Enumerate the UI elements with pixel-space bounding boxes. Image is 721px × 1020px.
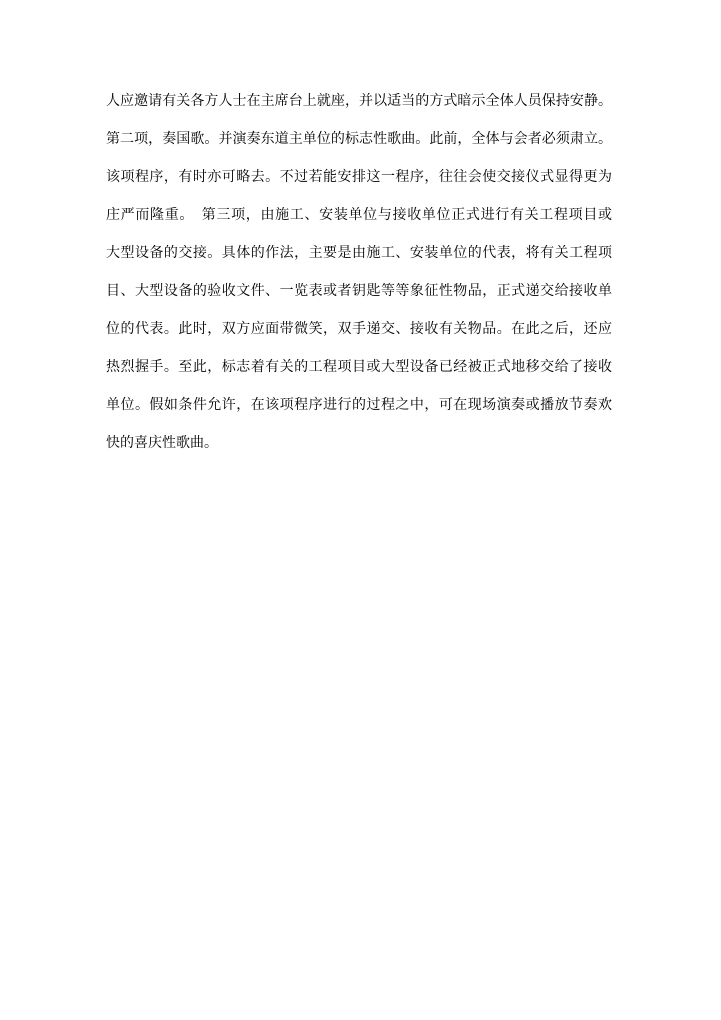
text-line: 快的喜庆性歌曲。 bbox=[106, 425, 612, 463]
text-line: 人应邀请有关各方人士在主席台上就座，并以适当的方式暗示全体人员保持安静。 bbox=[106, 83, 612, 121]
text-line: 热烈握手。至此，标志着有关的工程项目或大型设备已经被正式地移交给了接收 bbox=[106, 349, 612, 387]
text-line: 第二项，奏国歌。并演奏东道主单位的标志性歌曲。此前，全体与会者必须肃立。 bbox=[106, 121, 612, 159]
text-line: 大型设备的交接。具体的作法，主要是由施工、安装单位的代表，将有关工程项 bbox=[106, 235, 612, 273]
text-line: 目、大型设备的验收文件、一览表或者钥匙等等象征性物品，正式递交给接收单 bbox=[106, 273, 612, 311]
body-paragraph: 人应邀请有关各方人士在主席台上就座，并以适当的方式暗示全体人员保持安静。 第二项… bbox=[106, 83, 612, 463]
text-line: 位的代表。此时，双方应面带微笑，双手递交、接收有关物品。在此之后，还应 bbox=[106, 311, 612, 349]
text-line: 该项程序，有时亦可略去。不过若能安排这一程序，往往会使交接仪式显得更为 bbox=[106, 159, 612, 197]
text-line: 单位。假如条件允许，在该项程序进行的过程之中，可在现场演奏或播放节奏欢 bbox=[106, 387, 612, 425]
document-page: 人应邀请有关各方人士在主席台上就座，并以适当的方式暗示全体人员保持安静。 第二项… bbox=[0, 0, 721, 1020]
text-line: 庄严而隆重。 第三项，由施工、安装单位与接收单位正式进行有关工程项目或 bbox=[106, 197, 612, 235]
